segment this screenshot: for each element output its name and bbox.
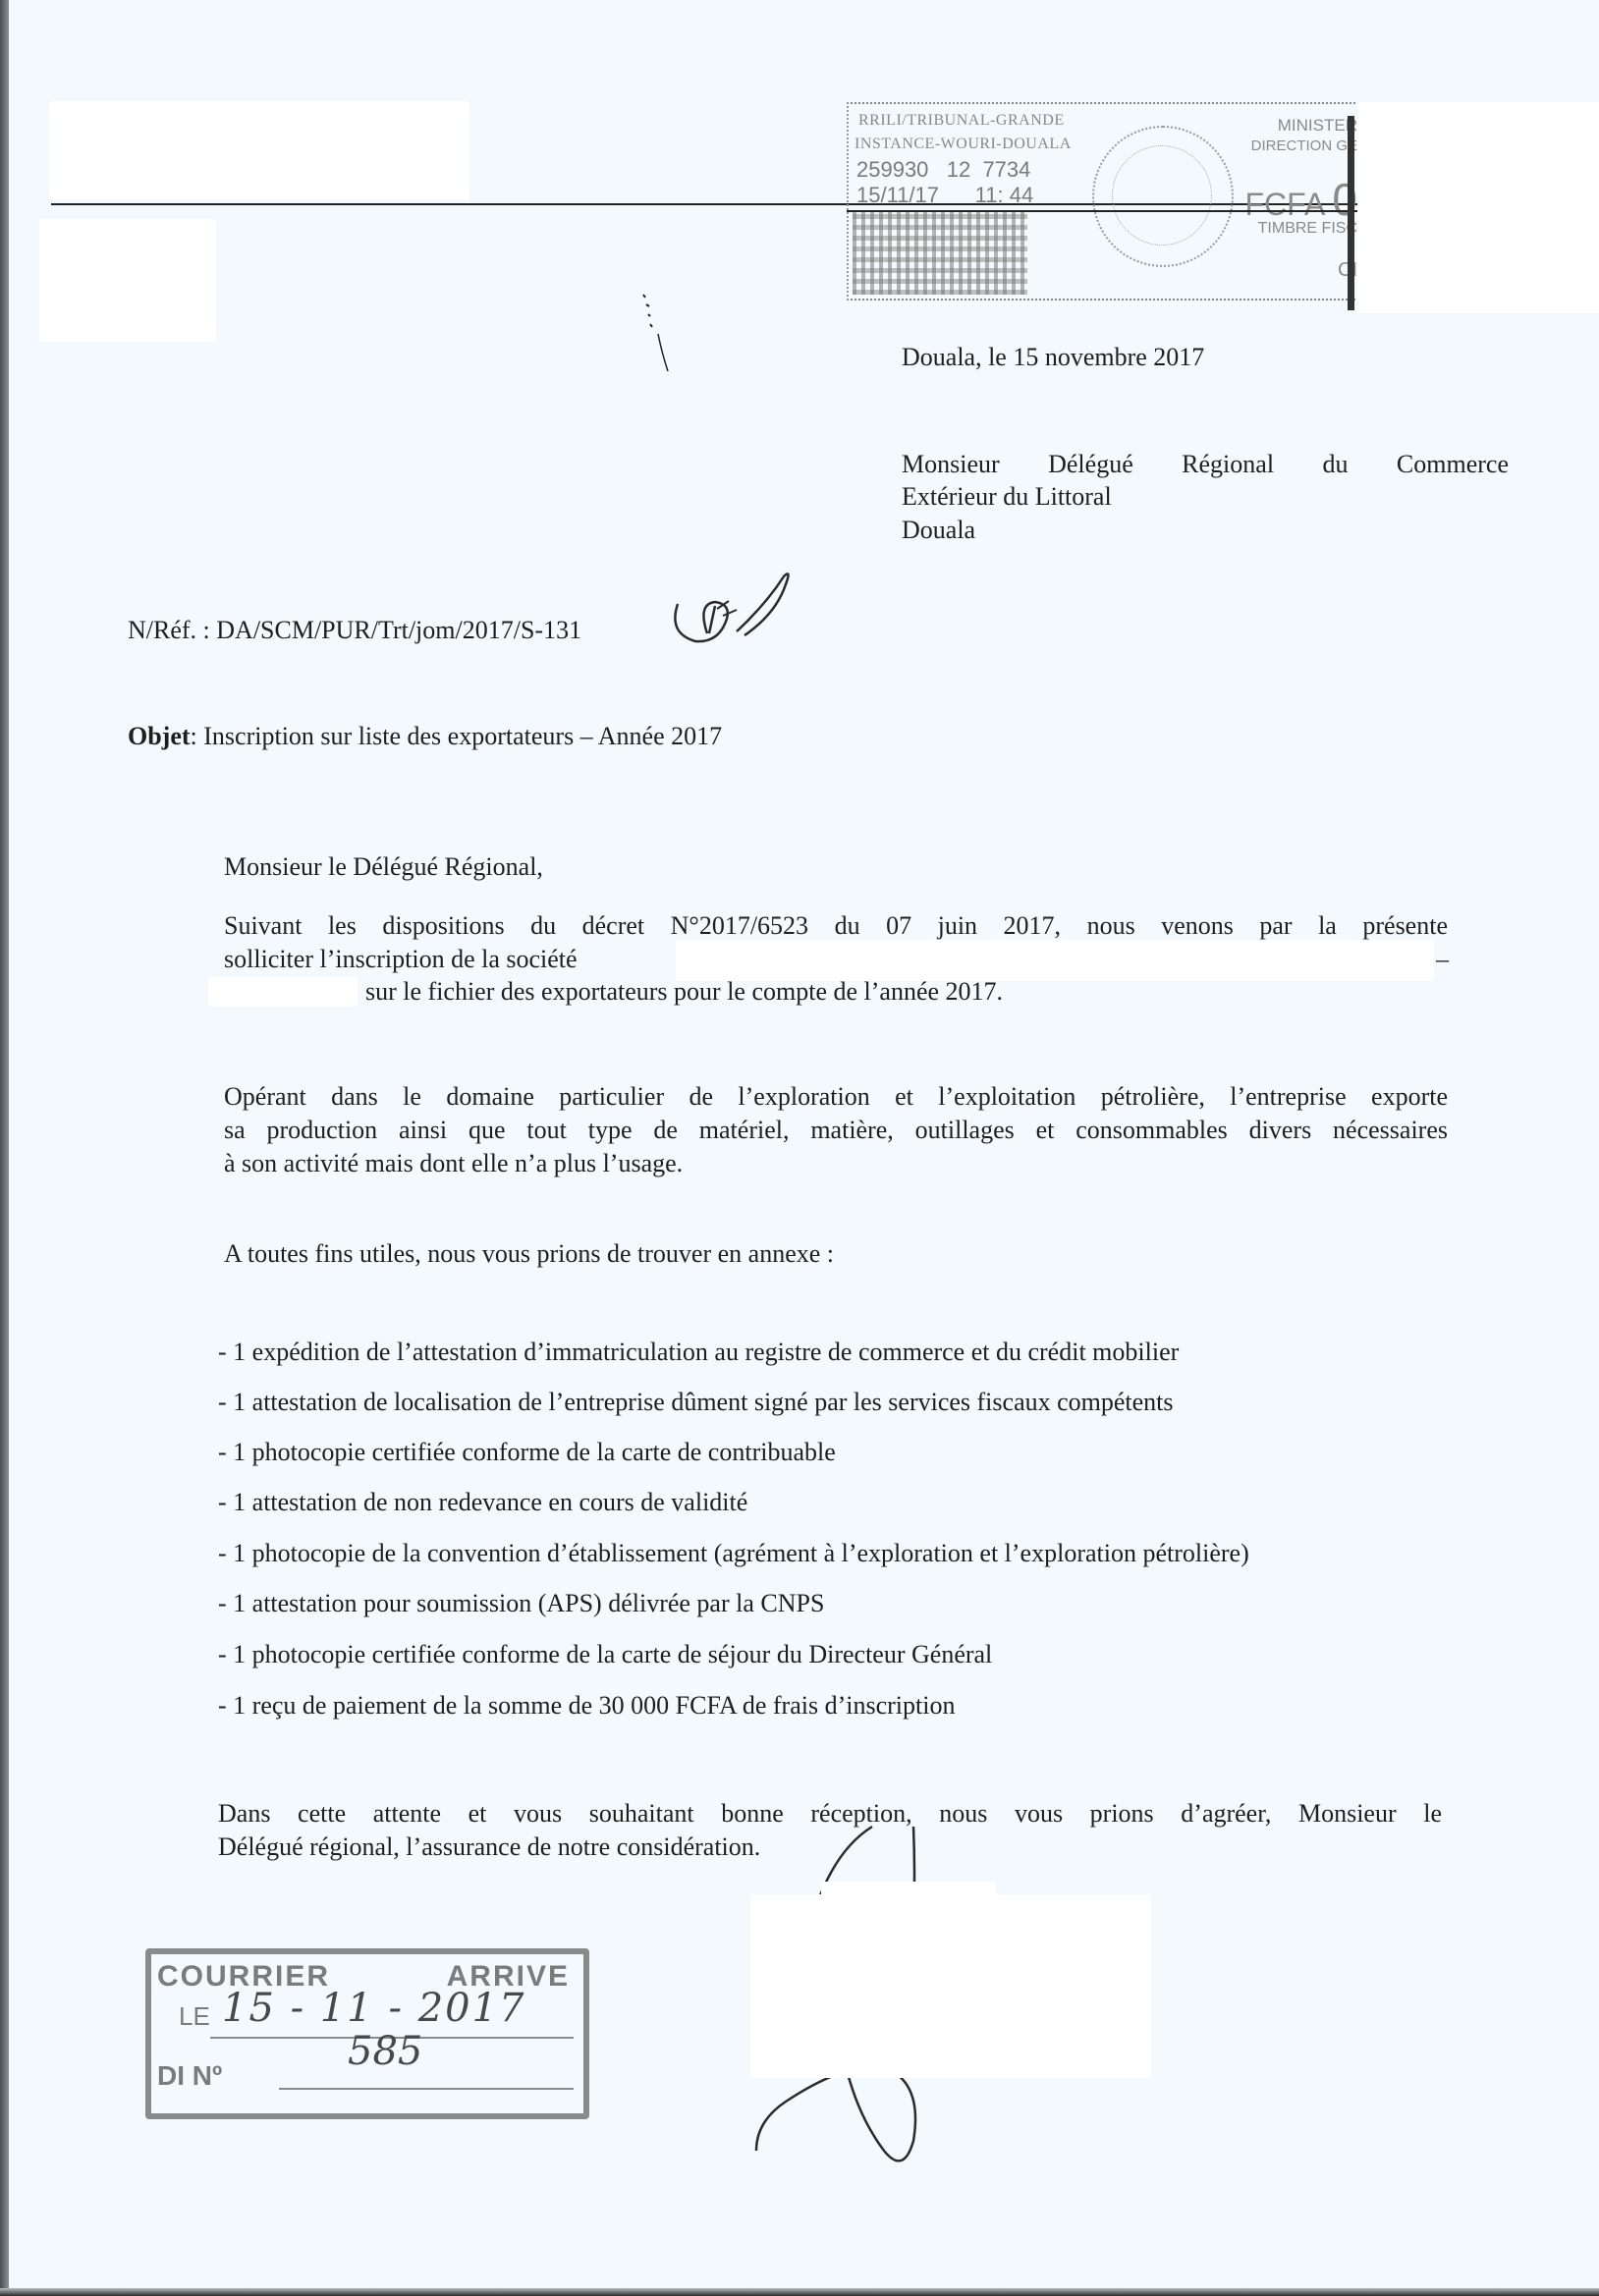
stamp-amount: FCFA 0 [1245, 173, 1358, 226]
paragraph2-line2: sa production ainsi que tout type de mat… [224, 1114, 1448, 1146]
paragraph2-line1: Opérant dans le domaine particulier de l… [224, 1080, 1448, 1113]
subject: Objet: Inscription sur liste des exporta… [128, 720, 722, 752]
paragraph1-line3: sur le fichier des exportateurs pour le … [365, 975, 1003, 1008]
annex-item: - 1 photocopie certifiée conforme de la … [218, 1436, 836, 1468]
recipient-word: Commerce [1397, 448, 1509, 480]
recipient-word: Monsieur [902, 448, 1000, 480]
stamp-no-label: DI Nº [157, 2060, 222, 2092]
stamp-number: 585 [348, 2029, 422, 2074]
letterhead-redaction [49, 101, 469, 199]
subject-label: Objet [128, 722, 191, 750]
company-suffix-redaction [208, 977, 358, 1007]
signatory-redaction [750, 1894, 1151, 2078]
official-seal-icon [1092, 126, 1234, 267]
salutation: Monsieur le Délégué Régional, [224, 850, 543, 883]
barcode-icon [853, 212, 1027, 295]
reception-stamp: COURRIER ARRIVE LE 15 - 11 - 2017 DI Nº … [145, 1948, 589, 2119]
recipient-line1: Monsieur Délégué Régional du Commerce [902, 448, 1509, 480]
stamp-currency: FCFA [1245, 187, 1324, 222]
subject-text: : Inscription sur liste des exportateurs… [191, 722, 723, 750]
initials-signature-icon [668, 565, 796, 653]
stamp-rule [847, 210, 1357, 212]
paragraph2-line3: à son activité mais dont elle n’a plus l… [224, 1147, 683, 1179]
scan-mark [638, 285, 678, 393]
paragraph1-line2: solliciter l’inscription de la société [224, 943, 578, 975]
stamp-court-line2: INSTANCE-WOURI-DOUALA [855, 136, 1072, 153]
annex-item: - 1 reçu de paiement de la somme de 30 0… [218, 1689, 955, 1722]
fiscal-stamp: RRILI/TRIBUNAL-GRANDE INSTANCE-WOURI-DOU… [847, 102, 1359, 301]
annex-item: - 1 attestation de non redevance en cour… [218, 1486, 747, 1518]
paragraph1-line1: Suivant les dispositions du décret N°201… [224, 909, 1448, 942]
annex-item: - 1 expédition de l’attestation d’immatr… [218, 1336, 1179, 1368]
recipient-line3: Douala [902, 514, 975, 546]
stamp-edge-bar [1348, 116, 1354, 310]
recipient-word: Délégué [1048, 448, 1133, 480]
recipient-line2: Extérieur du Littoral [902, 480, 1112, 513]
address-redaction [39, 219, 216, 342]
stamp-serial: 259930 12 7734 [856, 157, 1030, 183]
annex-item: - 1 photocopie de la convention d’établi… [218, 1537, 1249, 1569]
paragraph1-dash: – [1436, 943, 1449, 975]
annex-intro: A toutes fins utiles, nous vous prions d… [224, 1237, 834, 1270]
annex-item: - 1 attestation de localisation de l’ent… [218, 1386, 1174, 1418]
stamp-timbre: TIMBRE FISC [1258, 220, 1357, 238]
stamp-date: 15 - 11 - 2017 [222, 1986, 525, 2031]
stamp-court-line1: RRILI/TRIBUNAL-GRANDE [858, 112, 1065, 130]
recipient-word: Régional [1182, 448, 1274, 480]
stamp-redaction [1357, 102, 1599, 313]
closing-line2: Délégué régional, l’assurance de notre c… [218, 1831, 760, 1863]
reference: N/Réf. : DA/SCM/PUR/Trt/jom/2017/S-131 [128, 614, 581, 646]
annex-item: - 1 attestation pour soumission (APS) dé… [218, 1587, 824, 1619]
stamp-ministry: MINISTER [1278, 116, 1357, 136]
recipient-word: du [1322, 448, 1348, 480]
scan-left-edge [0, 0, 9, 2296]
stamp-direction: DIRECTION GE [1251, 137, 1357, 154]
signatory-redaction-top [821, 1882, 996, 1897]
scan-bottom-edge [0, 2288, 1599, 2296]
stamp-datetime: 15/11/17 11: 44 [856, 183, 1033, 208]
annex-item: - 1 photocopie certifiée conforme de la … [218, 1638, 992, 1670]
stamp-le-label: LE [179, 2001, 210, 2032]
place-date: Douala, le 15 novembre 2017 [902, 341, 1204, 373]
stamp-number-rule [279, 2088, 574, 2090]
